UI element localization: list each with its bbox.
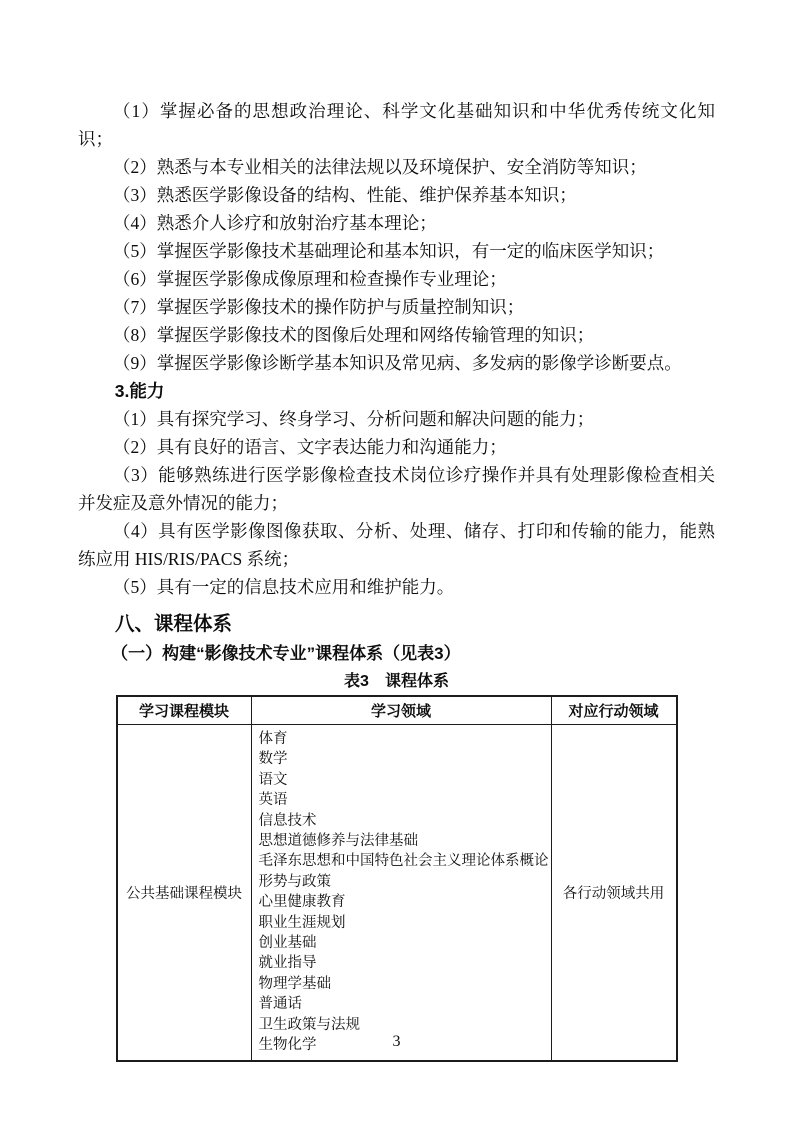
knowledge-list: （1）掌握必备的思想政治理论、科学文化基础知识和中华优秀传统文化知识；（2）熟悉… [78,97,715,377]
action-domain-cell: 各行动领域共用 [551,725,677,1061]
knowledge-item: （7）掌握医学影像技术的操作防护与质量控制知识； [78,293,715,321]
learning-field-item: 数学 [259,749,547,769]
ability-item: （3）能够熟练进行医学影像检查技术岗位诊疗操作并具有处理影像检查相关并发症及意外… [78,461,715,517]
course-table: 学习课程模块 学习领域 对应行动领域 公共基础课程模块 体育数学语文英语信息技术… [116,695,678,1062]
document-page: （1）掌握必备的思想政治理论、科学文化基础知识和中华优秀传统文化知识；（2）熟悉… [0,0,793,1122]
section-subheading: （一）构建“影像技术专业”课程体系（见表3） [78,639,715,669]
learning-field-item: 信息技术 [259,811,547,831]
header-learning-field: 学习领域 [251,696,551,725]
section-heading: 八、课程体系 [78,609,715,639]
knowledge-item: （4）熟悉介人诊疗和放射治疗基本理论； [78,209,715,237]
page-number: 3 [0,1031,793,1053]
learning-field-item: 毛泽东思想和中国特色社会主义理论体系概论 [259,851,547,871]
table-caption: 表3 课程体系 [78,669,715,695]
knowledge-item: （1）掌握必备的思想政治理论、科学文化基础知识和中华优秀传统文化知识； [78,97,715,153]
table-row: 公共基础课程模块 体育数学语文英语信息技术思想道德修养与法律基础毛泽东思想和中国… [117,725,677,1061]
ability-list: （1）具有探究学习、终身学习、分析问题和解决问题的能力；（2）具有良好的语言、文… [78,405,715,601]
learning-field-item: 语文 [259,770,547,790]
ability-item: （1）具有探究学习、终身学习、分析问题和解决问题的能力； [78,405,715,433]
header-course-module: 学习课程模块 [117,696,252,725]
learning-field-item: 职业生涯规划 [259,913,547,933]
learning-field-item: 创业基础 [259,933,547,953]
learning-field-item: 形势与政策 [259,872,547,892]
course-module-cell: 公共基础课程模块 [117,725,252,1061]
learning-field-item: 体育 [259,729,547,749]
knowledge-item: （8）掌握医学影像技术的图像后处理和网络传输管理的知识； [78,321,715,349]
knowledge-item: （2）熟悉与本专业相关的法律法规以及环境保护、安全消防等知识； [78,153,715,181]
ability-item: （5）具有一定的信息技术应用和维护能力。 [78,573,715,601]
knowledge-item: （5）掌握医学影像技术基础理论和基本知识，有一定的临床医学知识； [78,237,715,265]
learning-field-item: 普通话 [259,994,547,1014]
learning-field-item: 英语 [259,790,547,810]
learning-fields-cell: 体育数学语文英语信息技术思想道德修养与法律基础毛泽东思想和中国特色社会主义理论体… [251,725,551,1061]
learning-field-item: 思想道德修养与法律基础 [259,831,547,851]
learning-field-item: 物理学基础 [259,974,547,994]
header-action-domain: 对应行动领域 [551,696,677,725]
knowledge-item: （6）掌握医学影像成像原理和检查操作专业理论； [78,265,715,293]
knowledge-item: （3）熟悉医学影像设备的结构、性能、维护保养基本知识； [78,181,715,209]
learning-field-item: 就业指导 [259,953,547,973]
learning-fields-list: 体育数学语文英语信息技术思想道德修养与法律基础毛泽东思想和中国特色社会主义理论体… [259,729,547,1056]
table-header-row: 学习课程模块 学习领域 对应行动领域 [117,696,677,725]
learning-field-item: 心里健康教育 [259,892,547,912]
ability-heading: 3.能力 [78,377,715,405]
page-content: （1）掌握必备的思想政治理论、科学文化基础知识和中华优秀传统文化知识；（2）熟悉… [78,97,715,1062]
ability-item: （2）具有良好的语言、文字表达能力和沟通能力； [78,433,715,461]
ability-item: （4）具有医学影像图像获取、分析、处理、储存、打印和传输的能力，能熟练应用 HI… [78,517,715,573]
knowledge-item: （9）掌握医学影像诊断学基本知识及常见病、多发病的影像学诊断要点。 [78,349,715,377]
